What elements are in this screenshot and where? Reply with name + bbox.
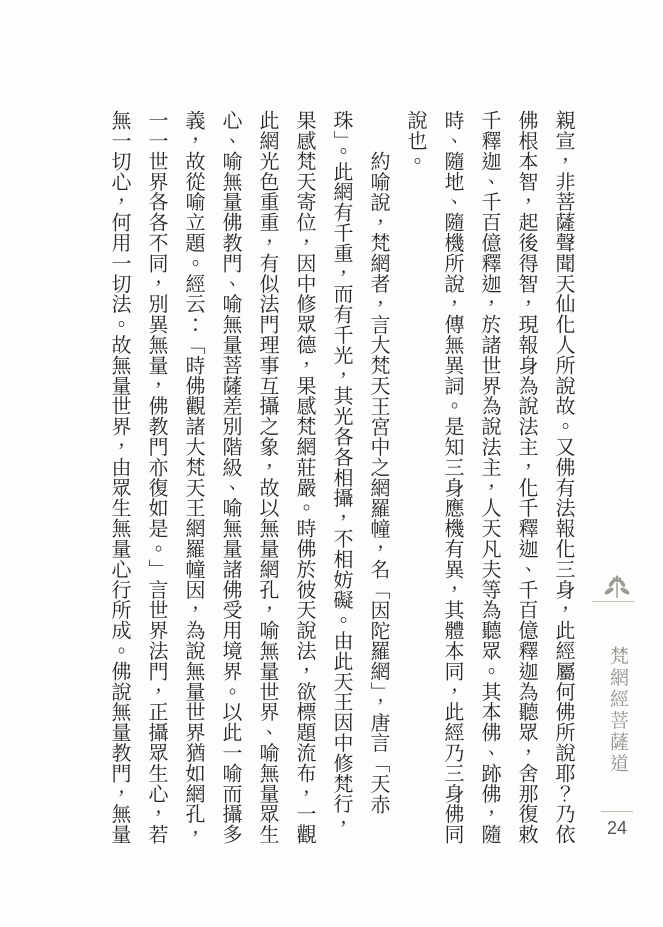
text-column: 千釋迦、千百億釋迦，於諸世界為說法主，人天凡夫等為聽眾。其本佛、跡佛，隨 bbox=[470, 110, 507, 846]
body-text: 親宣，非菩薩聲聞天仙化人所說故。又佛有法報化三身，此經屬何佛所說耶？乃依佛根本智… bbox=[100, 110, 581, 846]
text-column: 珠」。此網有千重，而有千光，其光各各相攝，不相妨礙。由此天王因中修梵行， bbox=[322, 110, 359, 846]
plant-icon bbox=[602, 574, 632, 600]
text-column: 此網光色重重，有似法門理事互攝之象，故以無量網孔，喻無量世界、喻無量眾生 bbox=[248, 110, 285, 846]
text-column: 時、隨地、隨機所說，傳無異詞。是知三身應機有異，其體本同，此經乃三身佛同 bbox=[433, 110, 470, 846]
text-column: 心、喻無量佛教門、喻無量菩薩差別階級、喻無量諸佛受用境界。以此一喻而攝多 bbox=[211, 110, 248, 846]
text-column: 一一世界各各不同，別異無量，佛教門亦復如是。」言世界法門，正攝眾生心，若 bbox=[137, 110, 174, 846]
text-column: 無一切心，何用一切法。故無量世界，由眾生無量心行所成。佛說無量教門，無量 bbox=[100, 110, 137, 846]
text-column: 果感梵天寄位，因中修眾德，果感梵網莊嚴。時佛於彼天說法，欲標題流布，一觀 bbox=[285, 110, 322, 846]
page-number-rule bbox=[601, 811, 633, 812]
text-column: 佛根本智，起後得智，現報身為說法主，化千釋迦、千百億釋迦為聽眾，舍那復敕 bbox=[507, 110, 544, 846]
text-column: 說也。 bbox=[396, 110, 433, 846]
running-head-title: 梵網經菩薩道 bbox=[604, 646, 631, 775]
page-number: 24 bbox=[598, 818, 636, 839]
text-column: 親宣，非菩薩聲聞天仙化人所說故。又佛有法報化三身，此經屬何佛所說耶？乃依 bbox=[544, 110, 581, 846]
text-column: 義，故從喻立題。經云：「時佛觀諸大梵天王網羅幢因，為說無量世界猶如網孔， bbox=[174, 110, 211, 846]
book-page: 親宣，非菩薩聲聞天仙化人所說故。又佛有法報化三身，此經屬何佛所說耶？乃依佛根本智… bbox=[0, 0, 663, 927]
icon-divider-rule bbox=[592, 601, 634, 602]
text-column: 約喻說，梵網者，言大梵天王宮中之網羅幢，名「因陀羅網」，唐言「天赤 bbox=[359, 110, 396, 846]
